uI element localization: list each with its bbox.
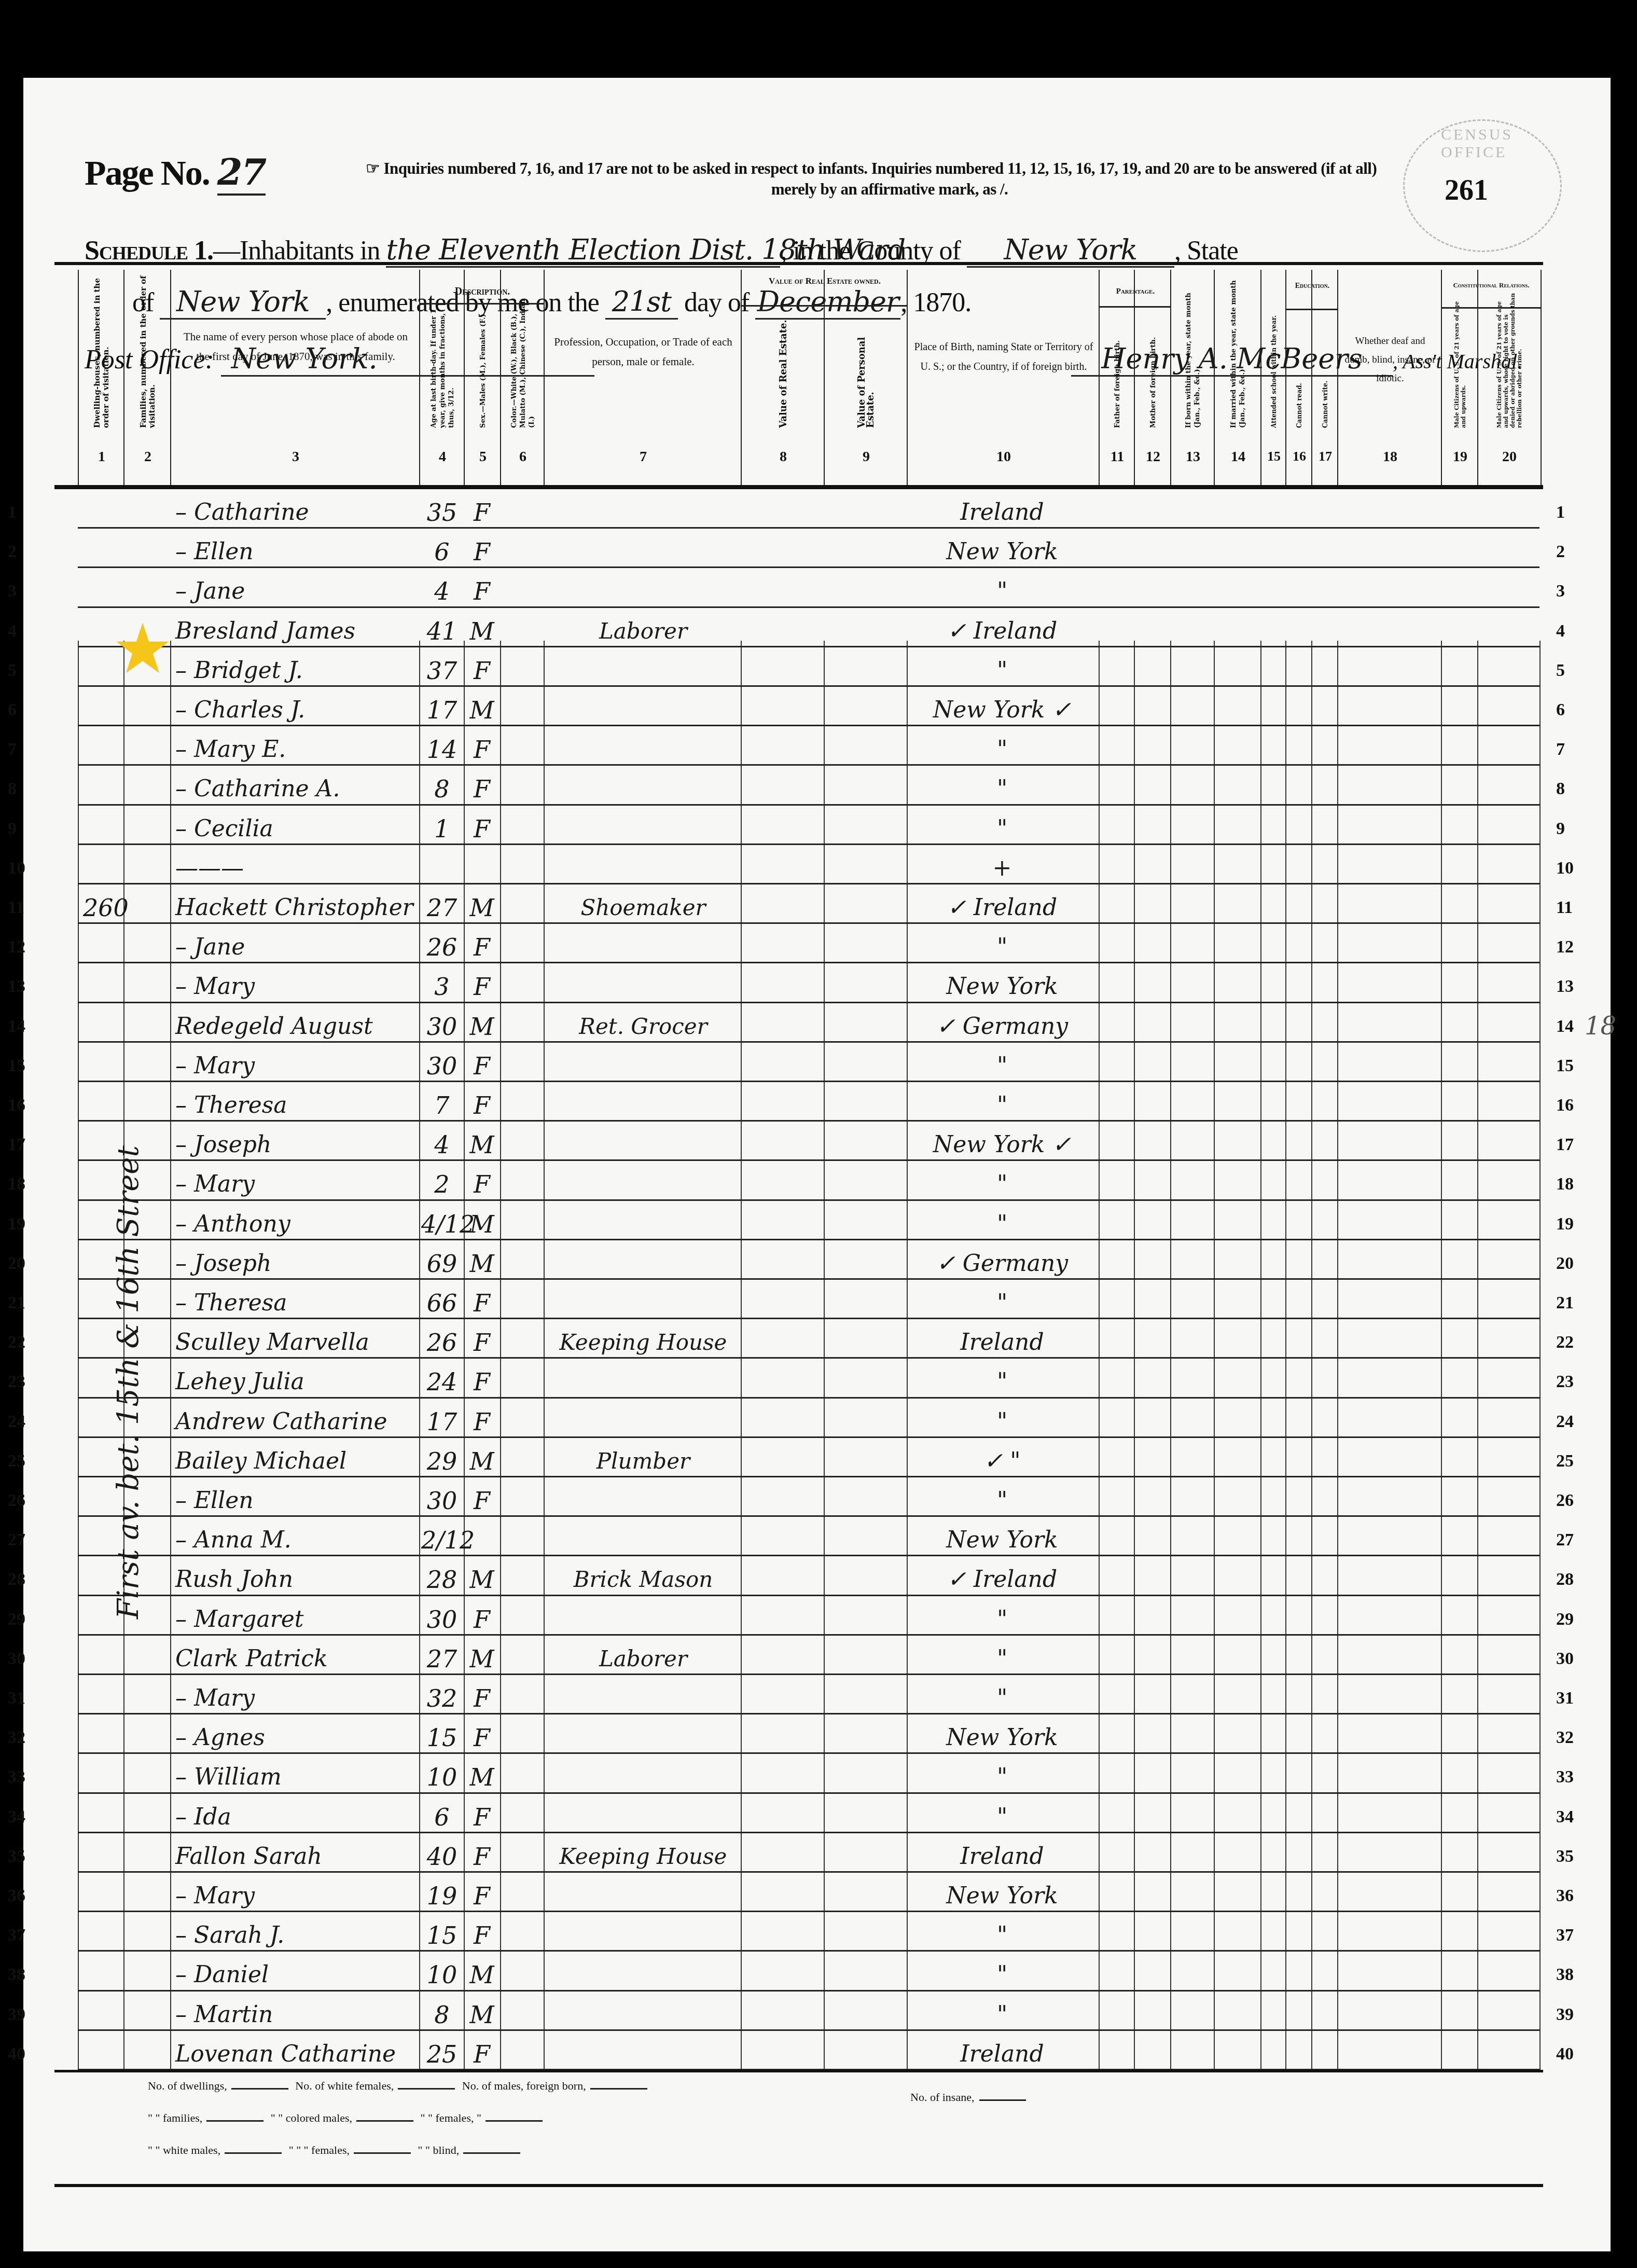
person-name: – Joseph [175, 1240, 419, 1280]
person-name: – Theresa [175, 1280, 419, 1319]
person-birthplace: Ireland [909, 1319, 1095, 1359]
person-sex: F [465, 1714, 499, 1754]
family-number [129, 1873, 170, 1912]
grid-line [1337, 641, 1338, 2070]
line-number-left: 40 [8, 2031, 25, 2078]
person-name: – Jane [175, 924, 419, 963]
col-14-number: 14 [1215, 449, 1261, 465]
total-insane: No. of insane, [910, 2091, 1026, 2104]
col-1-header: Dwelling-houses, numbered in the order o… [78, 270, 124, 485]
person-birthplace: " [909, 568, 1095, 607]
person-birthplace: ✓ Germany [909, 1003, 1095, 1043]
grid-line [170, 641, 171, 2070]
family-number [129, 529, 170, 568]
col-16-number: 16 [1286, 449, 1312, 464]
person-occupation [550, 1794, 737, 1833]
col-9-label: Value of Personal Estate. [857, 298, 875, 428]
total-females-foreign-label: " " females, " [421, 2111, 481, 2124]
col-15-header: Attended school within the year. 15 [1260, 270, 1286, 485]
person-age: 15 [421, 1912, 463, 1952]
dwelling-number [83, 489, 123, 529]
col-8-header: Value of Real Estate. 8 [741, 270, 825, 485]
person-sex: M [465, 1754, 499, 1793]
col-11-number: 11 [1100, 449, 1135, 465]
grid-line [1134, 641, 1135, 2070]
col-11-label: Father of foreign birth. [1113, 298, 1122, 428]
total-white-females-label: No. of white females, [295, 2079, 394, 2092]
family-number [129, 1912, 170, 1952]
person-sex: F [465, 1043, 499, 1082]
person-birthplace: New York [909, 1873, 1095, 1912]
person-name: – Mary [175, 963, 419, 1003]
person-age: 1 [421, 806, 463, 845]
family-number [129, 845, 170, 884]
dwelling-number [83, 1714, 123, 1754]
person-age: 6 [421, 529, 463, 568]
total-females-foreign-field [485, 2120, 543, 2122]
person-age: 30 [421, 1003, 463, 1043]
person-age: 4 [421, 568, 463, 607]
grid-line [1441, 641, 1442, 2070]
person-birthplace: New York [909, 963, 1095, 1003]
person-sex: F [465, 1161, 499, 1200]
total-males-foreign-field [590, 2088, 647, 2090]
col-3-label: The name of every person whose place of … [176, 327, 415, 366]
person-sex: M [465, 1556, 499, 1596]
person-birthplace: " [909, 1992, 1095, 2031]
dwelling-number [83, 1952, 123, 1991]
person-birthplace: " [909, 1912, 1095, 1952]
person-sex: M [465, 687, 499, 726]
col-3-header: The name of every person whose place of … [170, 270, 420, 485]
person-birthplace: " [909, 1280, 1095, 1319]
person-name: – Anna M. [175, 1517, 419, 1556]
col-7-header: Profession, Occupation, or Trade of each… [544, 270, 742, 485]
person-sex: F [465, 806, 499, 845]
person-name: – Jane [175, 568, 419, 607]
dwelling-number [83, 845, 123, 884]
col-18-header: Whether deaf and dumb, blind, insane, or… [1337, 270, 1442, 485]
col-16-header: Cannot read. 16 [1285, 270, 1312, 485]
person-occupation [550, 647, 737, 687]
grid-line [1214, 641, 1215, 2070]
col-14-label: If married within the year, state month … [1229, 272, 1247, 428]
person-occupation [550, 1399, 737, 1438]
dwelling-number [83, 1833, 123, 1873]
person-age: 24 [421, 1359, 463, 1398]
person-occupation [550, 2031, 737, 2070]
family-number [129, 766, 170, 805]
person-birthplace: New York [909, 1517, 1095, 1556]
grid-line [824, 641, 825, 2070]
person-birthplace: " [909, 766, 1095, 805]
person-name: – Margaret [175, 1596, 419, 1636]
person-birthplace: New York ✓ [909, 687, 1095, 726]
person-birthplace: " [909, 1399, 1095, 1438]
col-4-label: Age at last birth-day. If under 1 year, … [429, 298, 456, 428]
col-9-number: 9 [825, 449, 908, 465]
person-occupation [550, 1912, 737, 1952]
col-7-number: 7 [545, 449, 742, 465]
person-age: 30 [421, 1043, 463, 1082]
person-occupation: Shoemaker [550, 884, 737, 924]
col-12-number: 12 [1135, 449, 1171, 465]
col-4-header: Age at last birth-day. If under 1 year, … [419, 270, 465, 485]
col-20-label: Male Citizens of U. S. of 21 years of ag… [1496, 293, 1523, 428]
dwelling-number [83, 2031, 123, 2070]
col-12-label: Mother of foreign birth. [1149, 298, 1158, 428]
col-12-header: Mother of foreign birth. 12 [1134, 270, 1171, 485]
person-sex: M [465, 1636, 499, 1675]
person-name: – Cecilia [175, 806, 419, 845]
person-age: 41 [421, 608, 463, 647]
family-number [129, 2031, 170, 2070]
family-number [129, 963, 170, 1003]
person-age: 30 [421, 1477, 463, 1517]
person-occupation [550, 845, 737, 884]
person-birthplace: " [909, 1794, 1095, 1833]
person-sex: M [465, 1992, 499, 2031]
total-dwellings-label: No. of dwellings, [148, 2079, 227, 2092]
person-birthplace: " [909, 924, 1095, 963]
col-3-number: 3 [171, 449, 420, 465]
person-age: 14 [421, 726, 463, 766]
person-sex: F [465, 489, 499, 529]
person-occupation [550, 1280, 737, 1319]
total-blind-field [463, 2152, 520, 2154]
person-sex [465, 1517, 499, 1556]
person-birthplace: " [909, 1596, 1095, 1636]
col-8-label: Value of Real Estate. [779, 298, 788, 428]
grid-line [544, 641, 545, 2070]
family-number [129, 806, 170, 845]
col-15-number: 15 [1261, 449, 1286, 464]
grid-line [78, 641, 79, 2070]
col-15-label: Attended school within the year. [1270, 272, 1279, 428]
notice-line-1: ☞ Inquiries numbered 7, 16, and 17 are n… [366, 159, 1377, 177]
col-19-number: 19 [1442, 449, 1478, 465]
family-number [129, 1714, 170, 1754]
person-sex: F [465, 766, 499, 805]
col-1-number: 1 [79, 449, 124, 465]
dwelling-number [83, 726, 123, 766]
person-sex: M [465, 1122, 499, 1161]
family-number [129, 1754, 170, 1793]
person-name: Rush John [175, 1556, 419, 1596]
person-name: – Mary E. [175, 726, 419, 766]
footer-bottom-rule [54, 2184, 1543, 2187]
total-males-foreign-label: No. of males, foreign born, [462, 2079, 586, 2092]
person-age: 17 [421, 687, 463, 726]
person-age: 32 [421, 1675, 463, 1714]
dwelling-number [83, 1873, 123, 1912]
person-occupation [550, 1754, 737, 1793]
person-sex: F [465, 963, 499, 1003]
col-4-number: 4 [420, 449, 465, 465]
col-6-number: 6 [501, 449, 545, 465]
person-occupation [550, 1043, 737, 1082]
person-sex: F [465, 1082, 499, 1122]
person-name: Andrew Catharine [175, 1399, 419, 1438]
person-sex: F [465, 2031, 499, 2070]
person-occupation [550, 568, 737, 607]
person-age: 15 [421, 1714, 463, 1754]
total-white-males-label: " " white males, [148, 2143, 220, 2156]
person-age: 10 [421, 1952, 463, 1991]
person-age: 35 [421, 489, 463, 529]
person-age: 6 [421, 1794, 463, 1833]
col-9-header: Value of Personal Estate. 9 [824, 270, 908, 485]
person-occupation: Ret. Grocer [550, 1003, 737, 1043]
person-sex: F [465, 1477, 499, 1517]
header-top-rule [54, 262, 1543, 265]
person-name: – Ellen [175, 1477, 419, 1517]
col-14-header: If married within the year, state month … [1214, 270, 1261, 485]
person-sex: F [465, 1399, 499, 1438]
dwelling-number [83, 806, 123, 845]
person-name: Lehey Julia [175, 1359, 419, 1398]
col-8-number: 8 [742, 449, 825, 465]
page-totals: No. of dwellings, No. of white females, … [148, 2070, 651, 2166]
person-name: – Daniel [175, 1952, 419, 1991]
person-age: 37 [421, 647, 463, 687]
person-birthplace: ✓ Germany [909, 1240, 1095, 1280]
person-occupation [550, 529, 737, 568]
person-age: 27 [421, 1636, 463, 1675]
col-6-header: Color.—White (W.), Black (B.), Mulatto (… [500, 270, 545, 485]
person-birthplace: New York [909, 1714, 1095, 1754]
person-name: – Charles J. [175, 687, 419, 726]
person-occupation [550, 1201, 737, 1240]
grid-line [907, 641, 908, 2070]
person-age: 26 [421, 1319, 463, 1359]
person-sex: F [465, 1675, 499, 1714]
col-17-number: 17 [1312, 449, 1338, 464]
person-sex: M [465, 1003, 499, 1043]
grid-line [419, 641, 420, 2070]
person-birthplace: " [909, 647, 1095, 687]
page-number-label: Page No. 27 [85, 150, 266, 196]
grid-line [1311, 641, 1312, 2070]
person-birthplace: " [909, 1477, 1095, 1517]
total-white-females-field [398, 2088, 455, 2090]
col-13-label: If born within the year, state month (Ja… [1184, 272, 1202, 428]
grid-line [500, 641, 501, 2070]
col-18-number: 18 [1338, 449, 1442, 465]
person-birthplace: " [909, 1082, 1095, 1122]
person-name: – Joseph [175, 1122, 419, 1161]
person-occupation [550, 1675, 737, 1714]
family-number [129, 1003, 170, 1043]
person-age: 27 [421, 884, 463, 924]
person-sex: F [465, 726, 499, 766]
person-age: 28 [421, 1556, 463, 1596]
total-families-field [206, 2120, 263, 2122]
person-occupation [550, 1952, 737, 1991]
dwelling-number [83, 766, 123, 805]
person-occupation [550, 489, 737, 529]
person-age: 29 [421, 1438, 463, 1477]
family-number [129, 568, 170, 607]
person-age: 26 [421, 924, 463, 963]
person-name: Bailey Michael [175, 1438, 419, 1477]
person-occupation [550, 1714, 737, 1754]
person-occupation [550, 1240, 737, 1280]
total-colored-males-field [356, 2120, 413, 2122]
person-occupation [550, 963, 737, 1003]
grid-line [741, 641, 742, 2070]
person-occupation [550, 1122, 737, 1161]
person-age: 10 [421, 1754, 463, 1793]
total-insane-label: No. of insane, [910, 2091, 974, 2104]
person-sex: M [465, 884, 499, 924]
col-6-label: Color.—White (W.), Black (B.), Mulatto (… [510, 298, 536, 428]
person-name: – Bridget J. [175, 647, 419, 687]
dwelling-number [83, 1794, 123, 1833]
family-number [129, 884, 170, 924]
family-number [129, 1952, 170, 1991]
person-birthplace: + [909, 845, 1095, 884]
line-number-right: 40 [1556, 2031, 1574, 2078]
person-age: 19 [421, 1873, 463, 1912]
person-occupation [550, 1161, 737, 1200]
person-sex: F [465, 1596, 499, 1636]
person-birthplace: ✓ " [909, 1438, 1095, 1477]
person-birthplace: " [909, 1043, 1095, 1082]
dwelling-number [83, 1754, 123, 1793]
family-number [129, 1043, 170, 1082]
person-name: – Mary [175, 1873, 419, 1912]
person-name: – Mary [175, 1161, 419, 1200]
notice-line-2: merely by an affirmative mark, as /. [366, 179, 1569, 200]
col-10-header: Place of Birth, naming State or Territor… [907, 270, 1100, 485]
dwelling-number [83, 1675, 123, 1714]
col-19-header: Male Citizens of U. S. of 21 years of ag… [1441, 270, 1478, 485]
page-label: Page No. [85, 153, 210, 192]
person-name: Fallon Sarah [175, 1833, 419, 1873]
dwelling-number: 260 [83, 884, 123, 924]
person-occupation [550, 1596, 737, 1636]
person-birthplace: ✓ Ireland [909, 1556, 1095, 1596]
person-birthplace: Ireland [909, 1833, 1095, 1873]
person-sex: F [465, 647, 499, 687]
person-birthplace: ✓ Ireland [909, 608, 1095, 647]
person-birthplace: " [909, 1359, 1095, 1398]
person-name: Redegeld August [175, 1003, 419, 1043]
person-occupation: Laborer [550, 608, 737, 647]
grid-line [1477, 641, 1478, 2070]
person-name: – Catharine A. [175, 766, 419, 805]
person-sex: F [465, 568, 499, 607]
col-1-label: Dwelling-houses, numbered in the order o… [93, 257, 110, 428]
dwelling-number [83, 924, 123, 963]
person-occupation [550, 1359, 737, 1398]
person-age: 69 [421, 1240, 463, 1280]
col-5-header: Sex.—Males (M.), Females (F.) 5 [464, 270, 501, 485]
total-blind-label: " " blind, [418, 2143, 460, 2156]
col-13-header: If born within the year, state month (Ja… [1170, 270, 1215, 485]
total-families-label: " " families, [148, 2111, 202, 2124]
col-19-label: Male Citizens of U. S. of 21 years of ag… [1453, 293, 1467, 428]
person-occupation [550, 687, 737, 726]
person-age [421, 845, 463, 884]
dwelling-number [83, 1043, 123, 1082]
person-name: Clark Patrick [175, 1636, 419, 1675]
family-number [129, 687, 170, 726]
person-name: – William [175, 1754, 419, 1793]
col-5-number: 5 [465, 449, 501, 465]
person-name: – Ellen [175, 529, 419, 568]
person-sex: F [465, 529, 499, 568]
grid-line [1099, 641, 1100, 2070]
family-number [129, 726, 170, 766]
person-birthplace: New York [909, 529, 1095, 568]
col-20-header: Male Citizens of U. S. of 21 years of ag… [1477, 270, 1541, 485]
person-name: – Ida [175, 1794, 419, 1833]
family-number [129, 924, 170, 963]
person-name: – Mary [175, 1043, 419, 1082]
inhabitants-label: —Inhabitants in [213, 236, 380, 266]
col-20-number: 20 [1478, 449, 1541, 465]
person-age: 30 [421, 1596, 463, 1636]
dwelling-number [83, 1003, 123, 1043]
page-number: 27 [217, 150, 266, 196]
col-16-label: Cannot read. [1295, 324, 1304, 428]
person-sex: F [465, 1833, 499, 1873]
person-occupation [550, 806, 737, 845]
person-occupation: Keeping House [550, 1319, 737, 1359]
person-age: 4/12 [421, 1201, 463, 1240]
person-sex: M [465, 1240, 499, 1280]
col-2-number: 2 [124, 449, 171, 465]
person-occupation [550, 1873, 737, 1912]
person-sex [465, 845, 499, 884]
person-sex: F [465, 1280, 499, 1319]
grid-line [1285, 641, 1286, 2070]
person-age: 8 [421, 766, 463, 805]
col-18-label: Whether deaf and dumb, blind, insane, or… [1343, 332, 1437, 388]
dwelling-number [83, 1992, 123, 2031]
person-name: ——— [175, 845, 419, 884]
person-occupation [550, 1082, 737, 1122]
family-number [129, 1794, 170, 1833]
person-birthplace: " [909, 1201, 1095, 1240]
person-occupation [550, 1477, 737, 1517]
person-birthplace: " [909, 1754, 1095, 1793]
person-age: 8 [421, 1992, 463, 2031]
person-sex: M [465, 1438, 499, 1477]
person-sex: F [465, 1359, 499, 1398]
street-margin-note: First av. bet. 15th & 16th Street [112, 1084, 153, 1681]
total-colored-males-label: " " colored males, [271, 2111, 352, 2124]
person-age: 17 [421, 1399, 463, 1438]
instructions-notice: ☞ Inquiries numbered 7, 16, and 17 are n… [366, 158, 1569, 200]
dwelling-number [83, 568, 123, 607]
col-5-label: Sex.—Males (M.), Females (F.) [479, 298, 488, 428]
family-number [129, 1675, 170, 1714]
person-birthplace: " [909, 726, 1095, 766]
person-sex: F [465, 1319, 499, 1359]
person-age: 40 [421, 1833, 463, 1873]
person-birthplace: " [909, 1952, 1095, 1991]
person-name: – Anthony [175, 1201, 419, 1240]
total-insane-field [979, 2099, 1026, 2101]
person-name: Lovenan Catharine [175, 2031, 419, 2070]
person-birthplace: New York ✓ [909, 1122, 1095, 1161]
person-sex: F [465, 924, 499, 963]
family-number [129, 1833, 170, 1873]
person-name: Hackett Christopher [175, 884, 419, 924]
